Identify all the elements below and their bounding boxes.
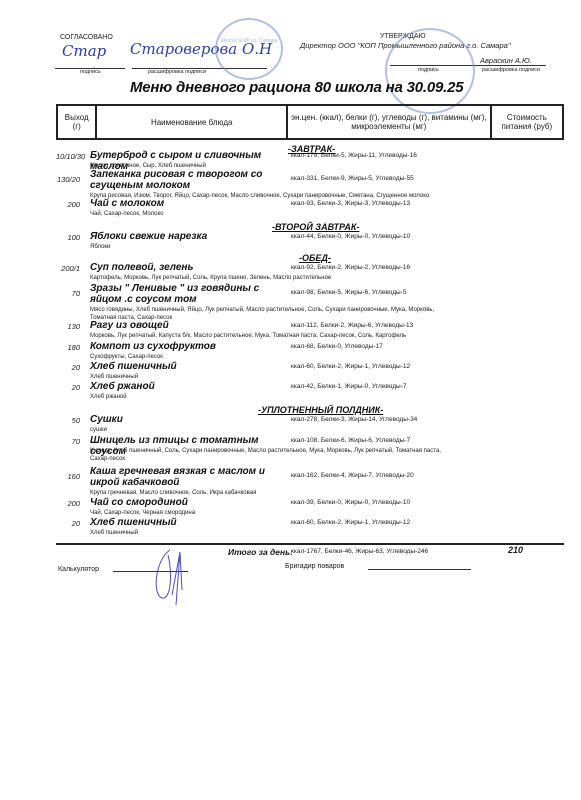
item-ingredients: Картофель, Морковь, Лук репчатый, Соль, … xyxy=(90,274,470,282)
item-output: 20 xyxy=(56,383,80,392)
director-name: Авраскин А.Ю. xyxy=(480,56,532,65)
item-nutrition: ккал-108, Белки-6, Жиры-6, Углеводы-7 xyxy=(291,437,410,444)
item-ingredients: Курица, Хлеб пшеничный, Соль, Сухари пан… xyxy=(90,447,460,463)
item-nutrition: ккал-98, Белки-5, Жиры-6, Углеводы-5 xyxy=(291,289,406,296)
item-output: 160 xyxy=(56,472,80,481)
total-label: Итого за день: xyxy=(228,547,293,557)
item-nutrition: ккал-93, Белки-3, Жиры-3, Углеводы-13 xyxy=(291,200,410,207)
item-output: 130 xyxy=(56,322,80,331)
item-ingredients: Крупа гречневая, Масло сливочное, Соль, … xyxy=(90,489,470,497)
item-nutrition: ккал-60, Белки-2, Жиры-1, Углеводы-12 xyxy=(291,363,410,370)
item-nutrition: ккал-162, Белки-4, Жиры-7, Углеводы-20 xyxy=(291,472,414,479)
item-ingredients: Яблоки xyxy=(90,243,470,251)
item-nutrition: ккал-92, Белки-2, Жиры-2, Углеводы-16 xyxy=(291,264,410,271)
page-title: Меню дневного рациона 80 школа на 30.09.… xyxy=(130,79,463,96)
item-output: 50 xyxy=(56,416,80,425)
calculator-signature xyxy=(150,540,190,610)
calculator-label: Калькулятор xyxy=(58,566,99,573)
caption-signature-left: подпись xyxy=(80,69,101,75)
chef-label: Бригадир поваров xyxy=(285,563,344,570)
item-nutrition: ккал-68, Белки-0, Углеводы-17 xyxy=(291,343,383,350)
stamp-right: ДЛЯ xyxy=(385,28,475,114)
item-name: Запеканка рисовая с творогом со сгущеным… xyxy=(90,169,280,191)
item-name: Суп полевой, зелень xyxy=(90,262,280,273)
total-divider xyxy=(56,543,564,545)
section-title: -ОБЕД- xyxy=(299,253,331,263)
decode-line-right xyxy=(480,65,546,66)
item-output: 200 xyxy=(56,200,80,209)
item-ingredients: Хлеб ржаной xyxy=(90,393,470,401)
caption-decode-left: расшифровка подписи xyxy=(148,69,206,75)
item-name: Чай со смородиной xyxy=(90,497,280,508)
item-output: 130/20 xyxy=(56,175,80,184)
approved-label-left: СОГЛАСОВАНО xyxy=(60,34,113,41)
item-nutrition: ккал-179, Белки-5, Жиры-11, Углеводы-16 xyxy=(291,152,417,159)
stamp-left: Школа № 80 г.о. Самара xyxy=(215,18,283,80)
col-name-header: Наименование блюда xyxy=(96,105,287,139)
caption-decode-right: расшифровка подписи xyxy=(482,67,540,73)
item-nutrition: ккал-39, Белки-0, Жиры-0, Углеводы-10 xyxy=(291,499,410,506)
item-name: Яблоки свежие нарезка xyxy=(90,231,280,242)
item-output: 180 xyxy=(56,343,80,352)
item-output: 70 xyxy=(56,289,80,298)
item-output: 20 xyxy=(56,363,80,372)
item-name: Сушки xyxy=(90,414,280,425)
item-ingredients: Хлеб пшеничный xyxy=(90,529,470,537)
item-name: Зразы " Ленивые " из говядины с яйцом .с… xyxy=(90,283,280,305)
item-nutrition: ккал-42, Белки-1, Жиры-0, Углеводы-7 xyxy=(291,383,406,390)
item-name: Компот из сухофруктов xyxy=(90,341,280,352)
stamp-left-text: Школа № 80 г.о. Самара xyxy=(221,38,278,44)
item-name: Чай с молоком xyxy=(90,198,280,209)
item-ingredients: Морковь, Лук репчатый, Капуста б/к, Масл… xyxy=(90,332,470,340)
item-nutrition: ккал-331, Белки-9, Жиры-5, Углеводы-55 xyxy=(291,175,414,182)
item-output: 10/10/30 xyxy=(56,152,80,161)
item-ingredients: сушки xyxy=(90,426,470,434)
item-nutrition: ккал-60, Белки-2, Жиры-1, Углеводы-12 xyxy=(291,519,410,526)
item-nutrition: ккал-278, Белки-3, Жиры-14, Углеводы-34 xyxy=(291,416,417,423)
item-name: Каша гречневая вязкая с маслом и икрой к… xyxy=(90,466,280,488)
item-nutrition: ккал-112, Белки-2, Жиры-6, Углеводы-13 xyxy=(291,322,413,329)
item-nutrition: ккал-44, Белки-0, Жиры-0, Углеводы-10 xyxy=(291,233,410,240)
col-cost-header: Стоимость питания (руб) xyxy=(491,105,563,139)
item-output: 70 xyxy=(56,437,80,446)
signature-left: Стар xyxy=(62,42,106,60)
item-output: 100 xyxy=(56,233,80,242)
item-name: Хлеб пшеничный xyxy=(90,517,280,528)
chef-signature-line xyxy=(368,569,471,570)
item-name: Хлеб ржаной xyxy=(90,381,280,392)
total-nutrition: ккал-1767, Белки-46, Жиры-63, Углеводы-2… xyxy=(291,548,428,555)
item-ingredients: Чай, Сахар-песок, Черная смородина xyxy=(90,509,470,517)
total-cost: 210 xyxy=(508,545,523,555)
col-nutrition-header: эн.цен. (ккал), белки (г), углеводы (г),… xyxy=(287,105,491,139)
item-output: 20 xyxy=(56,519,80,528)
item-name: Хлеб пшеничный xyxy=(90,361,280,372)
item-output: 200 xyxy=(56,499,80,508)
item-ingredients: Сухофрукты, Сахар-песок xyxy=(90,353,470,361)
item-output: 200/1 xyxy=(56,264,80,273)
stamp-right-text: ДЛЯ xyxy=(425,68,435,74)
item-name: Рагу из овощей xyxy=(90,320,280,331)
item-ingredients: Хлеб пшеничный xyxy=(90,373,470,381)
section-title: -ВТОРОЙ ЗАВТРАК- xyxy=(272,222,359,232)
item-ingredients: Чай, Сахар-песок, Молоко xyxy=(90,210,470,218)
col-output-header: Выход (г) xyxy=(57,105,96,139)
menu-table-header: Выход (г) Наименование блюда эн.цен. (кк… xyxy=(56,104,564,140)
